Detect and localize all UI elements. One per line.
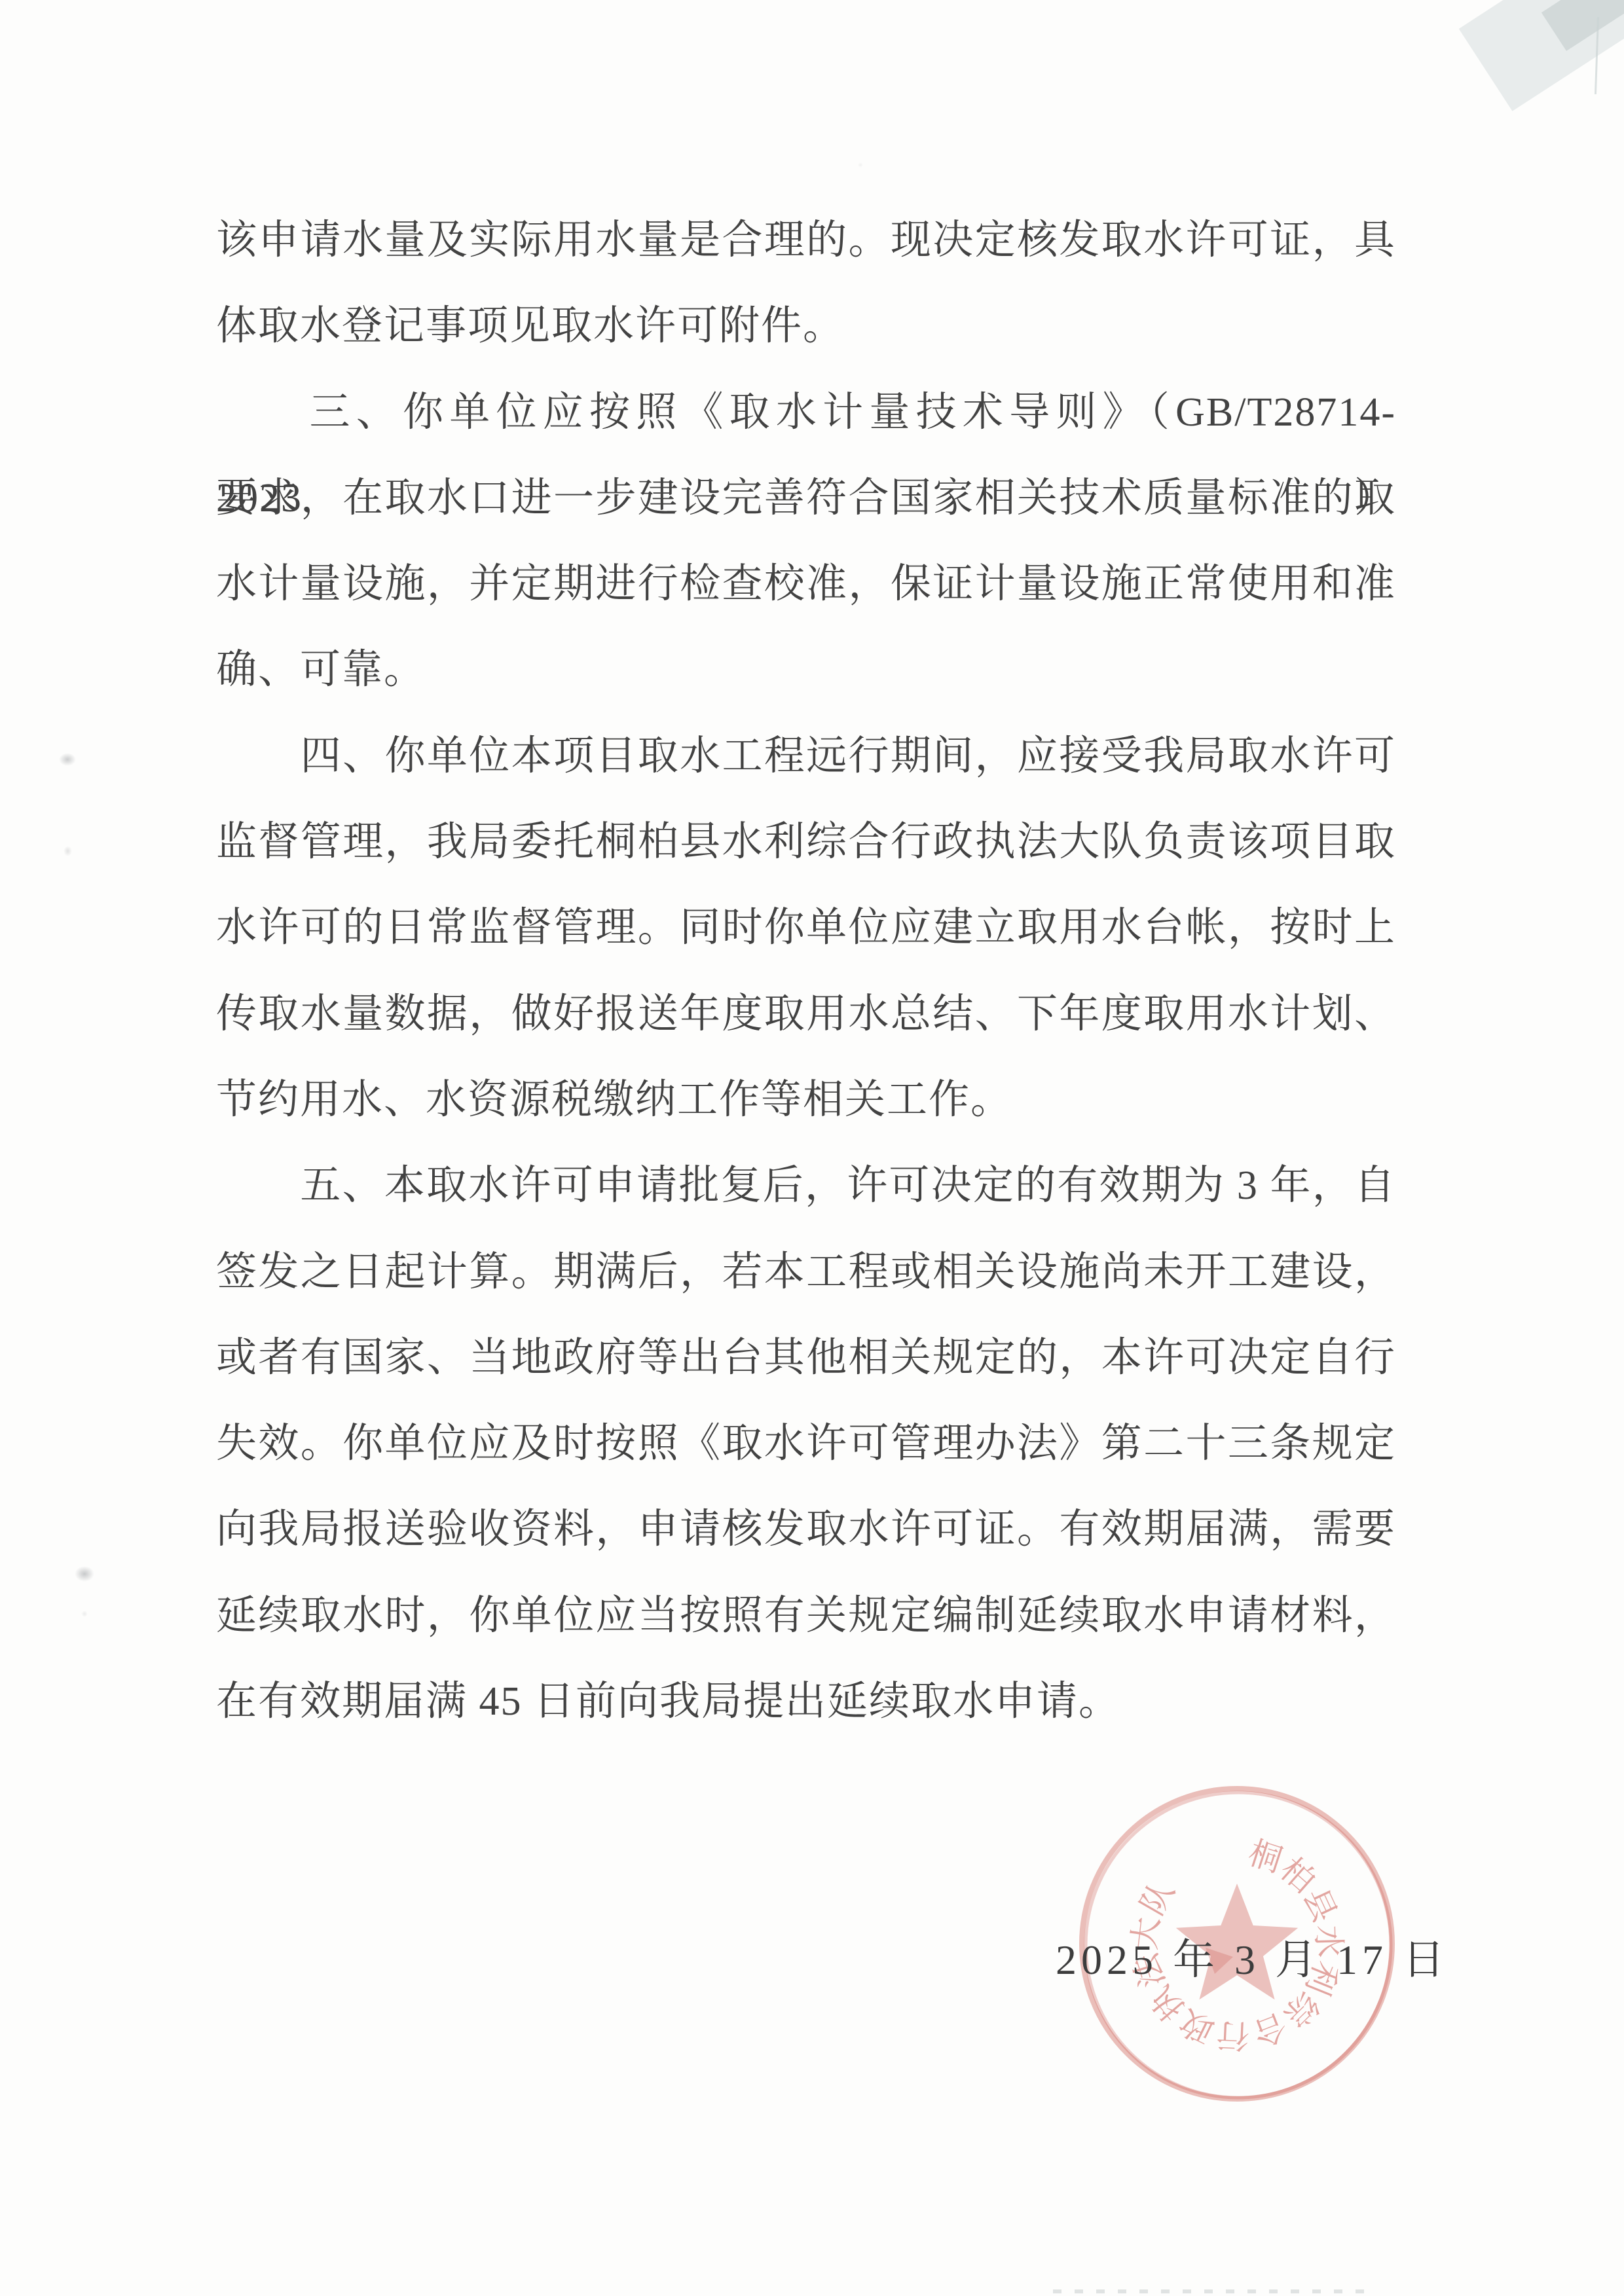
- text-line: 五、本取水许可申请批复后，许可决定的有效期为 3 年，自: [216, 1143, 1396, 1229]
- document-body: 该申请水量及实际用水量是合理的。现决定核发取水许可证，具 体取水登记事项见取水许…: [216, 198, 1396, 1745]
- issue-date: 2025 年 3 月 17 日: [1056, 1926, 1449, 1986]
- text-line: 传取水量数据，做好报送年度取用水总结、下年度取用水计划、: [216, 972, 1396, 1057]
- text-line: 水计量设施，并定期进行检查校准，保证计量设施正常使用和准: [216, 541, 1396, 627]
- text-line: 水许可的日常监督管理。同时你单位应建立取用水台帐，按时上: [216, 885, 1396, 971]
- text-line: 延续取水时，你单位应当按照有关规定编制延续取水申请材料，: [216, 1573, 1396, 1659]
- text-line: 在有效期届满 45 日前向我局提出延续取水申请。: [216, 1659, 1396, 1745]
- text-line: 四、你单位本项目取水工程远行期间，应接受我局取水许可: [216, 714, 1396, 799]
- scan-edge-bleed: [1053, 2289, 1370, 2293]
- text-line: 向我局报送验收资料，申请核发取水许可证。有效期届满，需要: [216, 1487, 1396, 1573]
- seal-ring-character: 队: [1134, 1874, 1181, 1921]
- scan-smudge: [75, 1566, 94, 1582]
- text-line: 该申请水量及实际用水量是合理的。现决定核发取水许可证，具: [216, 198, 1396, 283]
- seal-ring-character: 行: [1216, 2016, 1250, 2054]
- scan-smudge: [81, 1611, 88, 1617]
- text-line: 签发之日起计算。期满后，若本工程或相关设施尚未开工建设，: [216, 1230, 1396, 1315]
- text-line: 体取水登记事项见取水许可附件。: [216, 283, 1396, 369]
- scan-smudge: [59, 753, 76, 766]
- scan-smudge: [64, 846, 72, 856]
- text-line: 或者有国家、当地政府等出台其他相关规定的，本许可决定自行: [216, 1315, 1396, 1401]
- scan-smudge: [858, 162, 863, 168]
- text-line: 节约用水、水资源税缴纳工作等相关工作。: [216, 1057, 1396, 1143]
- text-line: 要求，在取水口进一步建设完善符合国家相关技术质量标准的取: [216, 456, 1396, 541]
- scanned-document-page: 该申请水量及实际用水量是合理的。现决定核发取水许可证，具 体取水登记事项见取水许…: [0, 0, 1624, 2296]
- text-line: 三、你单位应按照《取水计量技术导则》（GB/T28714-2023）: [216, 370, 1396, 456]
- text-line: 失效。你单位应及时按照《取水许可管理办法》第二十三条规定: [216, 1401, 1396, 1487]
- text-line: 确、可靠。: [216, 627, 1396, 713]
- text-line: 监督管理，我局委托桐柏县水利综合行政执法大队负责该项目取: [216, 799, 1396, 885]
